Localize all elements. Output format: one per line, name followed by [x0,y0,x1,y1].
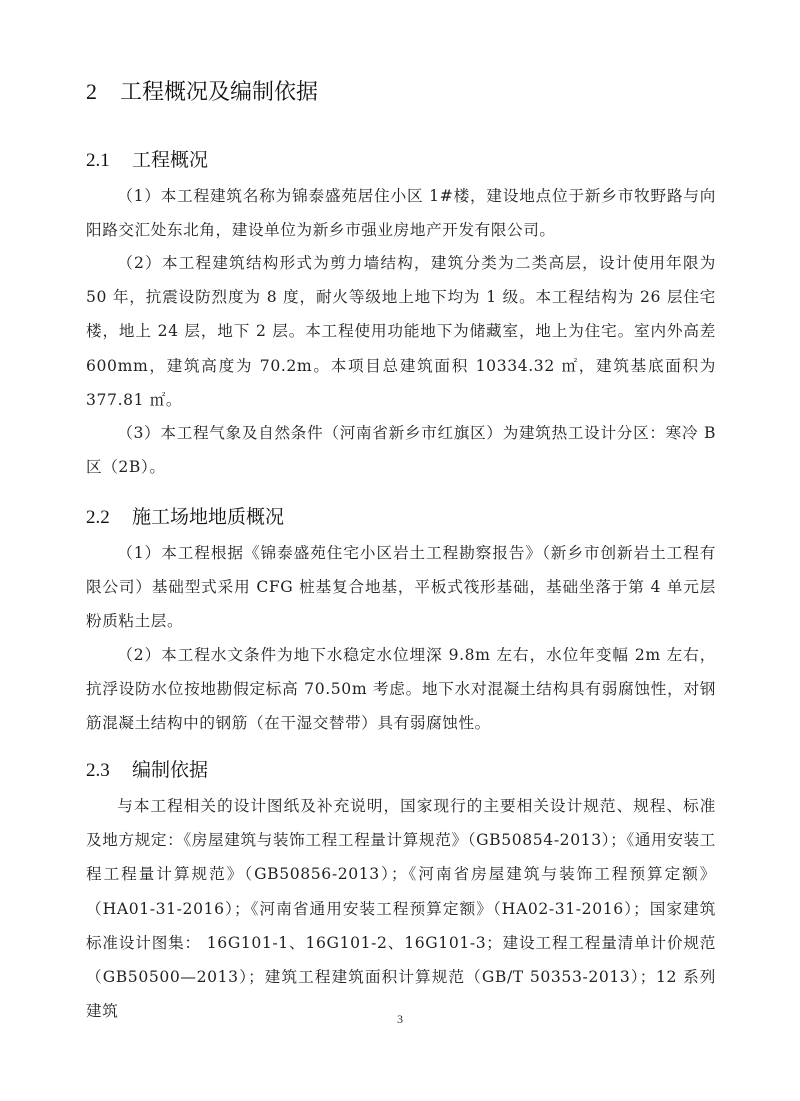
section-number: 2.1 [86,147,132,175]
section-title: 编制依据 [132,759,208,781]
chapter-title: 工程概况及编制依据 [120,80,318,105]
paragraph: （3）本工程气象及自然条件（河南省新乡市红旗区）为建筑热工设计分区：寒冷 B 区… [86,416,716,484]
paragraph: （1）本工程根据《锦泰盛苑住宅小区岩土工程勘察报告》（新乡市创新岩土工程有限公司… [86,536,716,639]
page-number: 3 [0,1012,800,1027]
paragraph: （1）本工程建筑名称为锦泰盛苑居住小区 1#楼，建设地点位于新乡市牧野路与向阳路… [86,179,716,247]
paragraph: （2）本工程水文条件为地下水稳定水位埋深 9.8m 左右，水位年变幅 2m 左右… [86,638,716,741]
section-title: 工程概况 [132,149,208,171]
section-heading-2-3: 2.3编制依据 [86,756,208,785]
paragraph: （2）本工程建筑结构形式为剪力墙结构，建筑分类为二类高层，设计使用年限为 50 … [86,246,716,417]
section-title: 施工场地地质概况 [132,506,284,528]
section-heading-2-2: 2.2施工场地地质概况 [86,503,284,532]
chapter-heading: 2工程概况及编制依据 [86,76,318,109]
section-number: 2.3 [86,757,132,785]
chapter-number: 2 [86,76,120,108]
paragraph: 与本工程相关的设计图纸及补充说明，国家现行的主要相关设计规范、规程、标准及地方规… [86,789,716,1028]
section-heading-2-1: 2.1工程概况 [86,146,208,175]
section-number: 2.2 [86,504,132,532]
